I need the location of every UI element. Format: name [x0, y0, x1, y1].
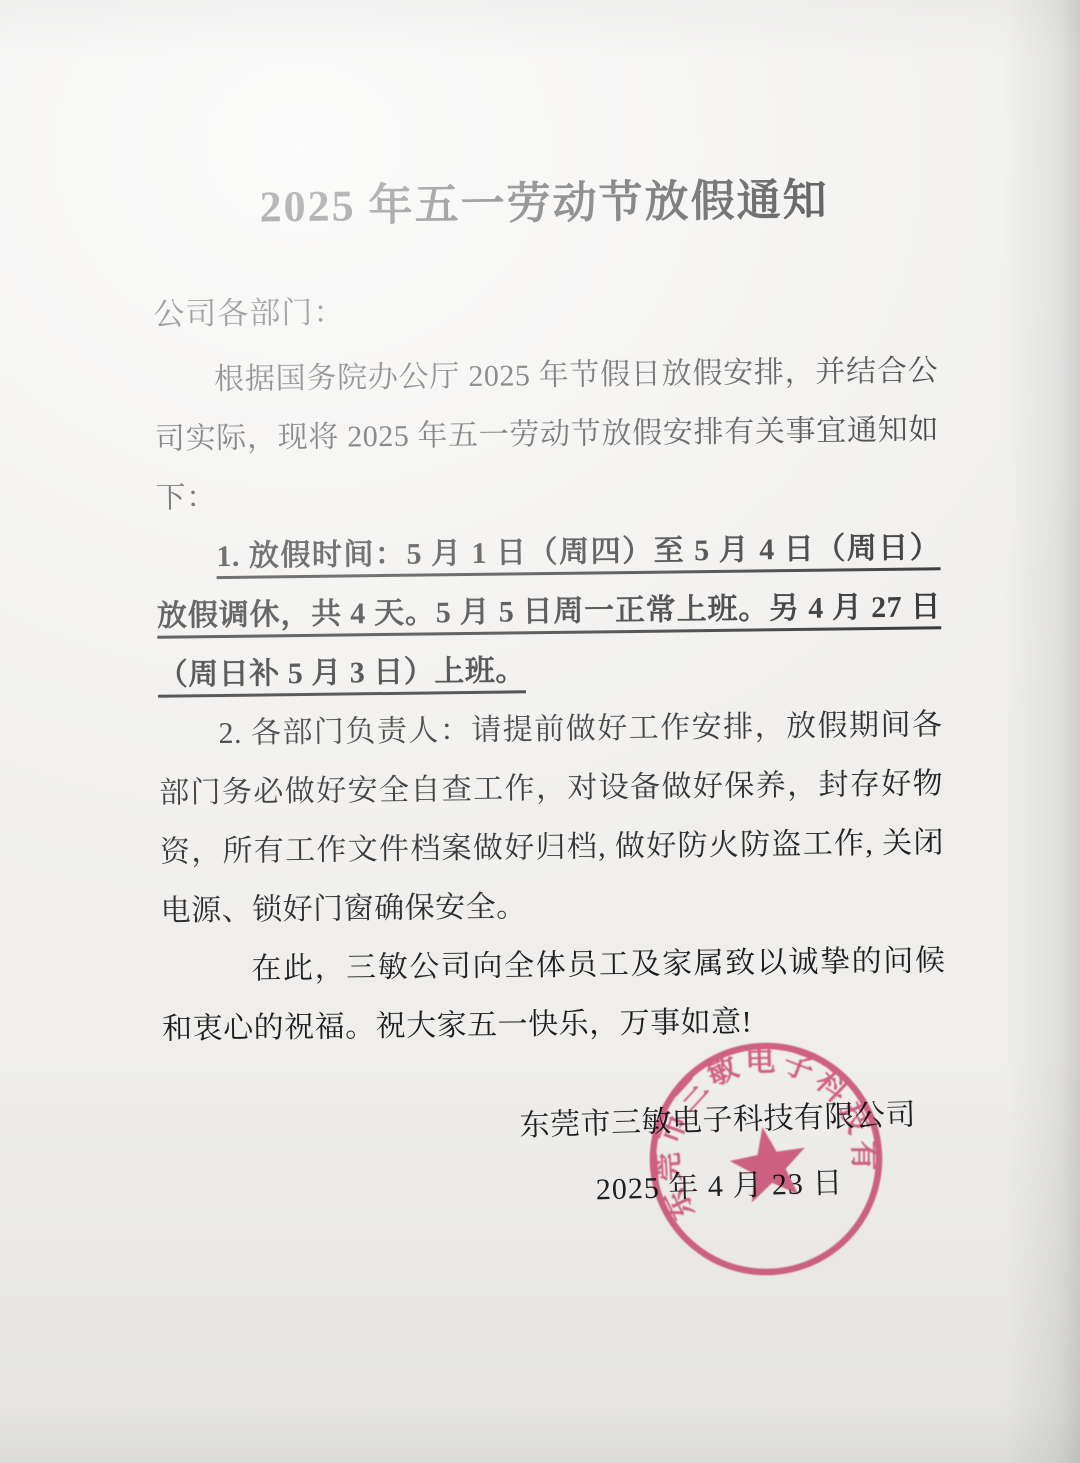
signature-company-name: 东莞市三敏电子科技有限公司: [507, 1092, 928, 1150]
paragraph-department-duties: 2. 各部门负责人：请提前做好工作安排，放假期间各部门务必做好安全自查工作，对设…: [158, 695, 945, 941]
document-body: 根据国务院办公厅 2025 年节假日放假安排，并结合公司实际，现将 2025 年…: [154, 341, 947, 1059]
signature-date: 2025 年 4 月 23 日: [509, 1158, 930, 1216]
paragraph-intro: 根据国务院办公厅 2025 年节假日放假安排，并结合公司实际，现将 2025 年…: [154, 341, 940, 528]
document-content: 2025 年五一劳动节放假通知 公司各部门： 根据国务院办公厅 2025 年节假…: [152, 163, 949, 1217]
paragraph-holiday-schedule: 1. 放假时间：5 月 1 日（周四）至 5 月 4 日（周日）放假调休，共 4…: [156, 518, 942, 705]
signature-block: 东莞市三敏电子科技有限公司 2025 年 4 月 23 日: [507, 1092, 930, 1216]
salutation: 公司各部门：: [153, 285, 937, 335]
document-title: 2025 年五一劳动节放假通知: [152, 173, 937, 235]
notice-document-page: 2025 年五一劳动节放假通知 公司各部门： 根据国务院办公厅 2025 年节假…: [0, 0, 1080, 1463]
paragraph-greetings: 在此，三敏公司向全体员工及家属致以诚挚的问候和衷心的祝福。祝大家五一快乐，万事如…: [161, 931, 946, 1059]
